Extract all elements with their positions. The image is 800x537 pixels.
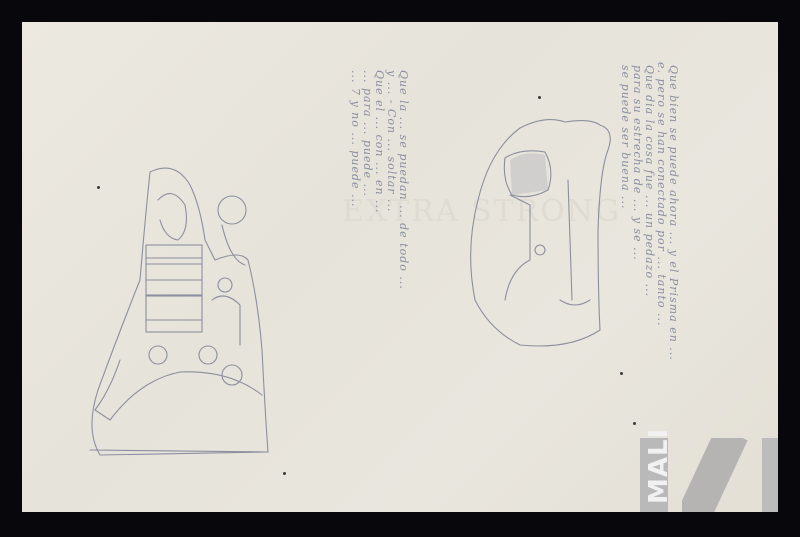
handwriting-line: Que bien se puede ahora ... y el Prisma … xyxy=(667,65,680,361)
handwriting-line: y ... - Con ... soltar ... xyxy=(385,70,398,213)
ink-dot xyxy=(283,472,286,475)
sketch-carved-stone-figures xyxy=(90,168,268,455)
mali-logo: MALI xyxy=(640,438,668,512)
handwriting-line: Que el ... con ... en ... xyxy=(373,70,386,214)
ink-dot xyxy=(633,422,636,425)
ink-dot xyxy=(620,372,623,375)
handwriting-line: Que la ... se puedan ... de todo ... xyxy=(397,70,410,290)
handwriting-line: ... 7 y no ... puede ... xyxy=(349,70,362,208)
handwriting-line: para su estrecha de ... y se ... xyxy=(631,65,644,261)
handwriting-line: ... para ... puede ... xyxy=(361,70,374,197)
mali-logo-bar xyxy=(762,438,778,512)
ink-dot xyxy=(538,96,541,99)
handwriting-line: e. pero se han conectado por ... tanto .… xyxy=(655,62,668,326)
ink-dot xyxy=(97,186,100,189)
handwriting-line: se puede ser buena ... xyxy=(619,65,632,210)
sketch-carved-animal xyxy=(471,120,611,346)
mali-logo-stripe xyxy=(682,438,748,512)
handwriting-line: Que dia la cosa fue ... un pedazo ... xyxy=(643,65,656,297)
